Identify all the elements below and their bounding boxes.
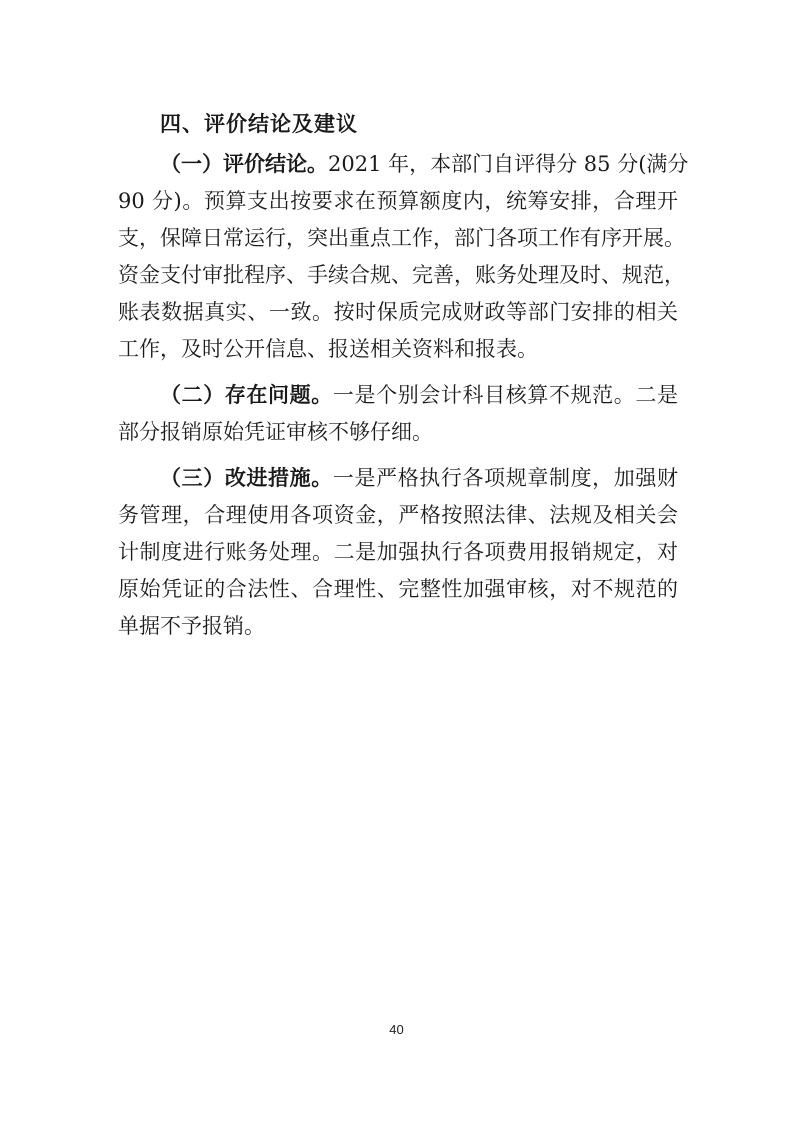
- paragraph-line: 支，保障日常运行，突出重点工作，部门各项工作有序开展。: [118, 224, 678, 252]
- paragraph-line: 90 分)。预算支出按要求在预算额度内，统筹安排，合理开: [118, 187, 678, 215]
- paragraph-line: 工作，及时公开信息、报送相关资料和报表。: [118, 335, 678, 363]
- paragraph-line: （二）存在问题。一是个别会计科目核算不规范。二是: [160, 381, 678, 409]
- page-number: 40: [0, 1022, 793, 1037]
- paragraph-line: （三）改进措施。一是严格执行各项规章制度，加强财: [160, 464, 678, 492]
- paragraph-line: 资金支付审批程序、手续合规、完善，账务处理及时、规范，: [118, 261, 678, 289]
- paragraph-text: 一是严格执行各项规章制度，加强财: [333, 466, 678, 490]
- paragraph-label: （三）改进措施。: [160, 466, 333, 490]
- paragraph-text: 一是个别会计科目核算不规范。二是: [333, 383, 678, 407]
- paragraph-text: 2021 年，本部门自评得分 85 分(满分: [328, 152, 688, 176]
- paragraph-line: 部分报销原始凭证审核不够仔细。: [118, 418, 678, 446]
- paragraph-line: 账表数据真实、一致。按时保质完成财政等部门安排的相关: [118, 298, 678, 326]
- paragraph-label: （一）评价结论。: [160, 152, 328, 176]
- document-page: 四、评价结论及建议 （一）评价结论。2021 年，本部门自评得分 85 分(满分…: [0, 0, 793, 1122]
- paragraph-line: 原始凭证的合法性、合理性、完整性加强审核，对不规范的: [118, 575, 678, 603]
- section-heading: 四、评价结论及建议: [160, 110, 358, 138]
- paragraph-label: （二）存在问题。: [160, 383, 333, 407]
- paragraph-line: 务管理，合理使用各项资金，严格按照法律、法规及相关会: [118, 501, 678, 529]
- paragraph-line: （一）评价结论。2021 年，本部门自评得分 85 分(满分: [160, 150, 678, 178]
- paragraph-line: 单据不予报销。: [118, 612, 678, 640]
- paragraph-line: 计制度进行账务处理。二是加强执行各项费用报销规定，对: [118, 538, 678, 566]
